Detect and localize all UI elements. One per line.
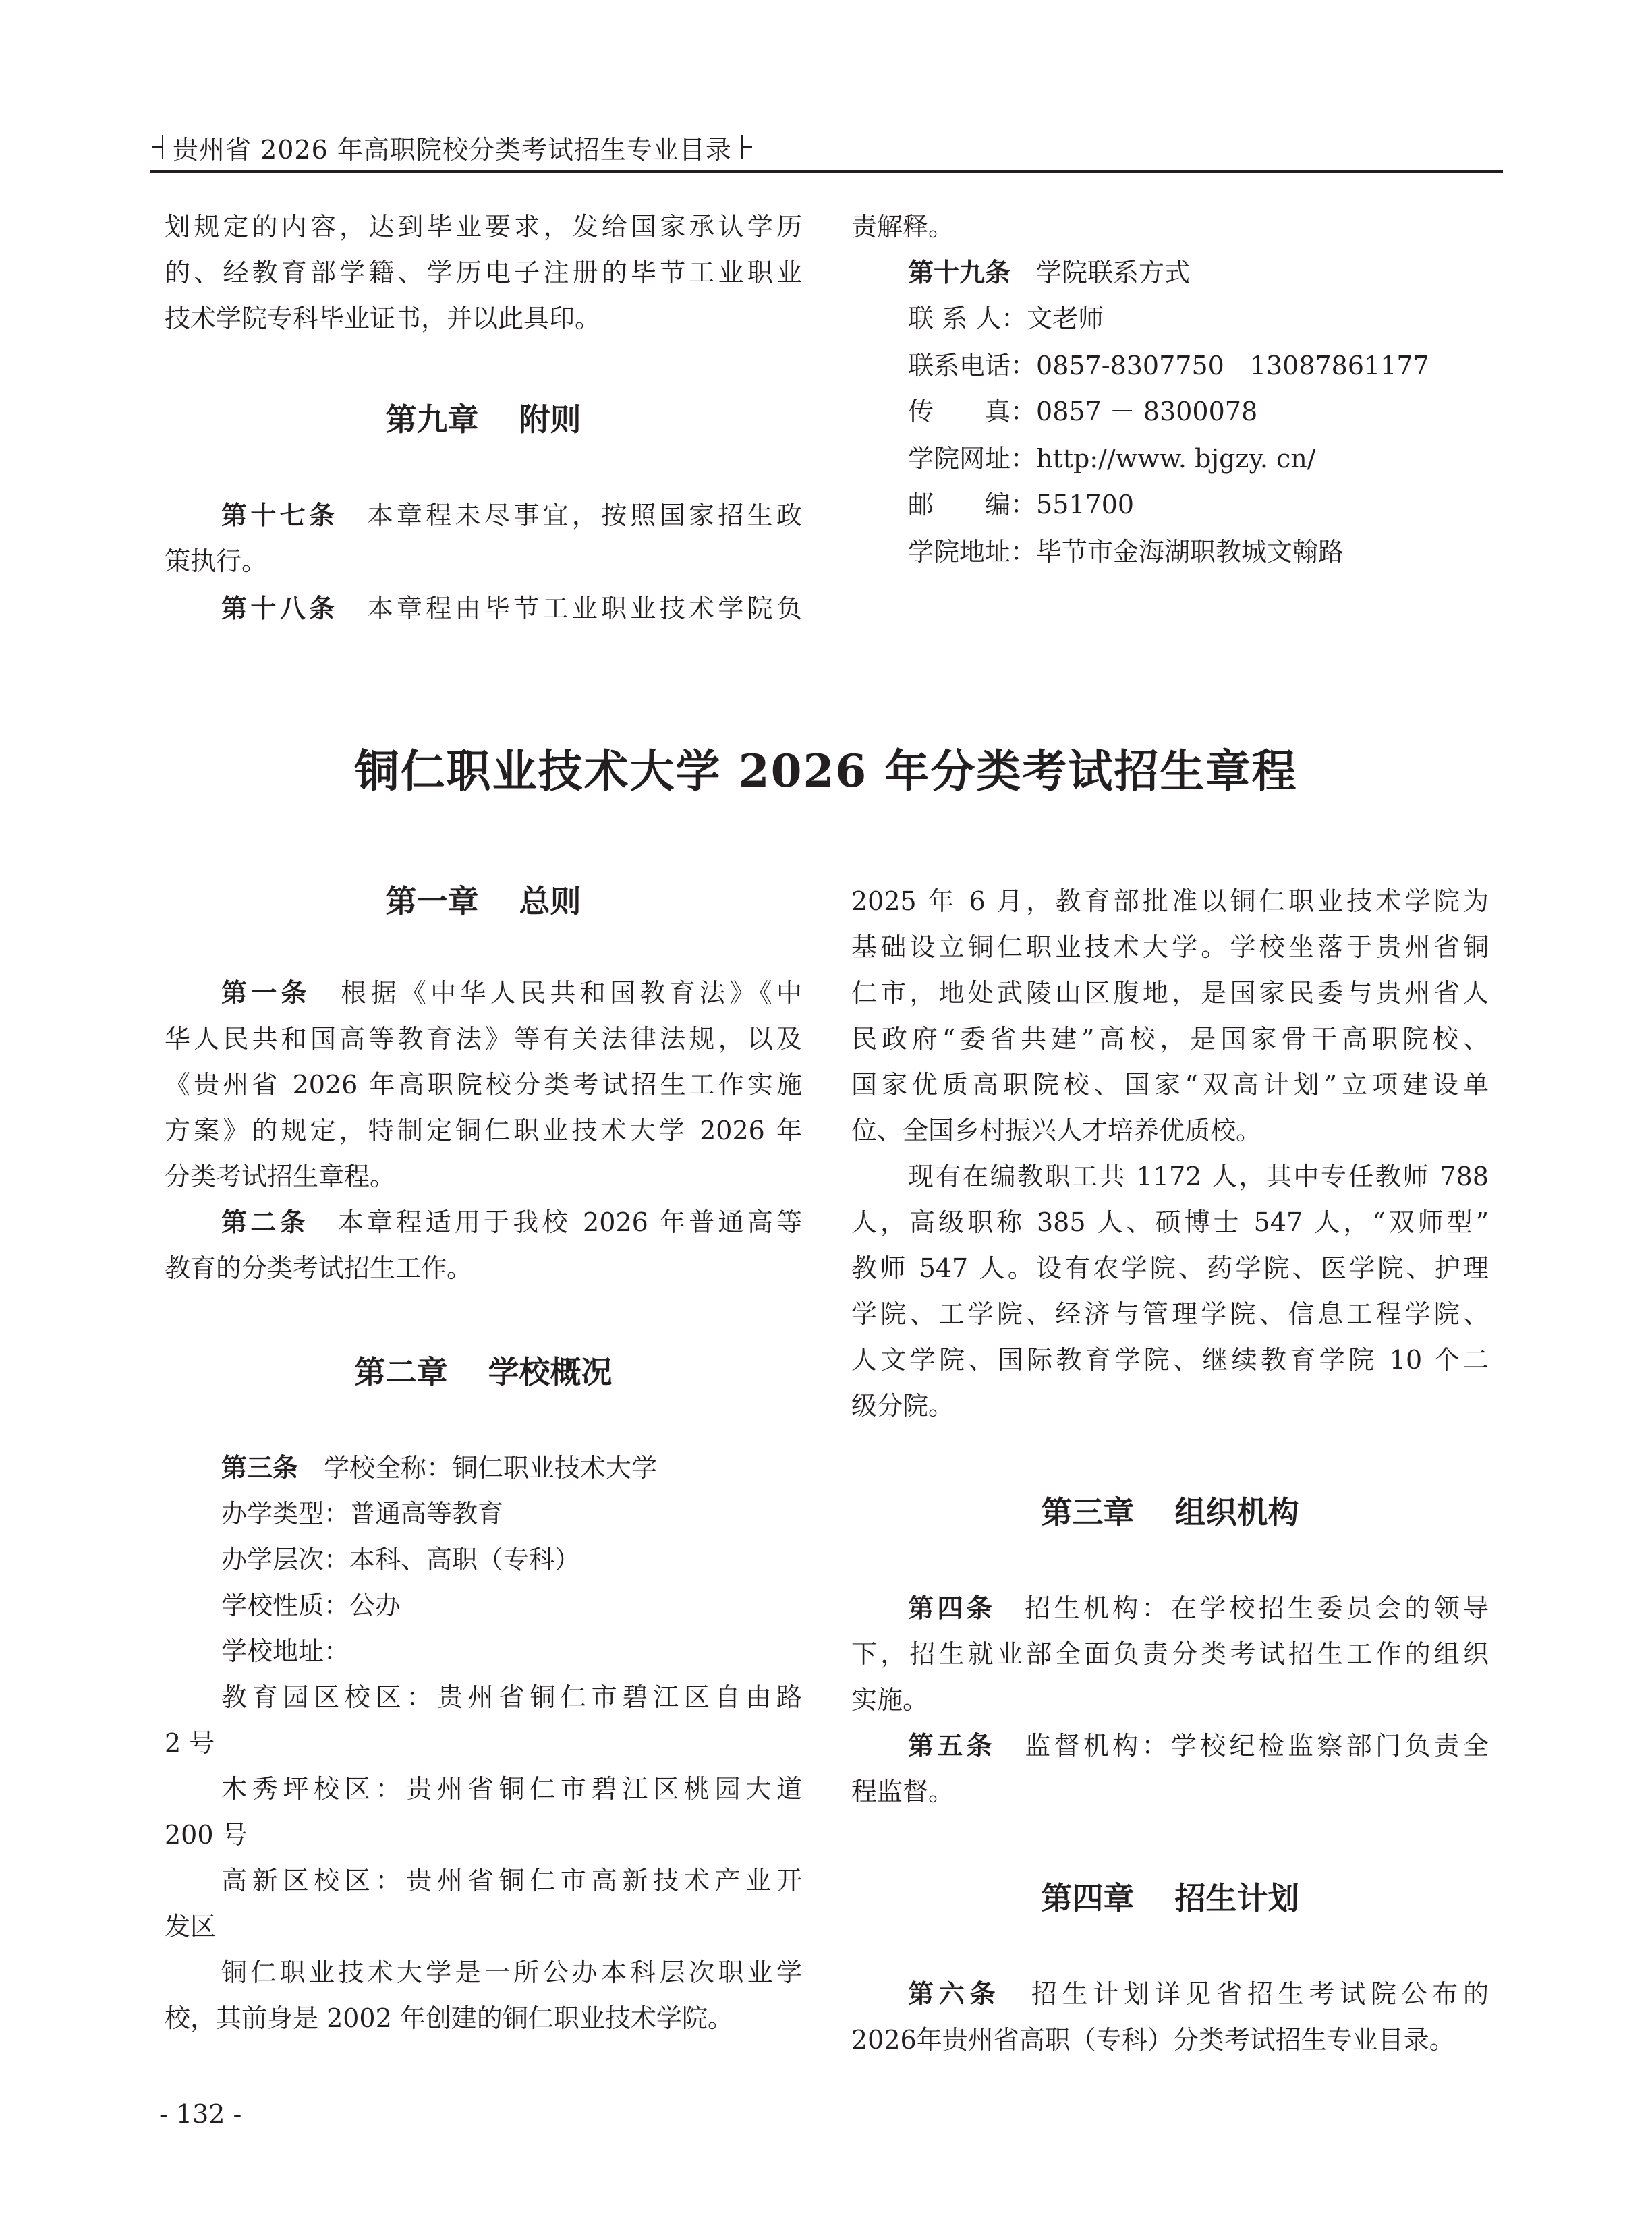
article-18: 第十八条 本章程由毕节工业职业技术学院负: [165, 584, 802, 633]
campus-muxiuping: 木秀坪校区：贵州省铜仁市碧江区桃园大道: [165, 1765, 802, 1813]
school-nature: 学校性质：公办: [165, 1581, 401, 1630]
contact-value: http://www. bjgzy. cn/: [1036, 444, 1316, 474]
contact-phone: 联系电话：0857-8307750 13087861177: [908, 341, 1429, 390]
text-line: 华人民共和国高等教育法》等有关法律法规，以及: [165, 1015, 802, 1063]
text-line: 技术学院专科毕业证书，并以此具印。: [165, 294, 600, 343]
header-rule: [150, 170, 1503, 173]
chapter-heading-4: 第四章招生计划: [851, 1874, 1489, 1922]
chapter-name: 附则: [519, 401, 581, 438]
text-line: 2 号: [165, 1719, 215, 1767]
chapter-number: 第九章: [386, 401, 479, 438]
article-label: 第五条: [908, 1731, 996, 1761]
contact-key: 学院网址：: [908, 434, 1036, 483]
article-6: 第六条 招生计划详见省招生考试院公布的: [851, 1970, 1489, 2018]
text-line: 实施。: [851, 1676, 928, 1724]
article-label: 第十八条: [221, 594, 338, 623]
text-line: 发区: [165, 1902, 216, 1951]
intro-line: 铜仁职业技术大学是一所公办本科层次职业学: [165, 1948, 802, 1997]
contact-value: 文老师: [1027, 304, 1104, 333]
text-line: 《贵州省 2026 年高职院校分类考试招生工作实施: [165, 1060, 802, 1109]
text-line: 基础设立铜仁职业技术大学。学校坐落于贵州省铜: [851, 923, 1489, 971]
text-line: 国家优质高职院校、国家“双高计划”立项建设单: [851, 1060, 1489, 1109]
chapter-heading-2: 第二章学校概况: [165, 1348, 802, 1396]
article-label: 第三条: [221, 1453, 298, 1483]
article-label: 第四条: [908, 1593, 996, 1623]
text-line: 下，招生就业部全面负责分类考试招生工作的组织: [851, 1630, 1489, 1678]
text-line: 现有在编教职工共 1172 人，其中专任教师 788: [851, 1152, 1489, 1201]
article-text: 学院联系方式: [1036, 258, 1190, 287]
school-address-label: 学校地址：: [165, 1627, 349, 1676]
chapter-number: 第四章: [1042, 1880, 1135, 1916]
text-line: 级分院。: [851, 1381, 954, 1430]
article-label: 第二条: [221, 1207, 309, 1237]
chapter-name: 招生计划: [1175, 1880, 1299, 1916]
chapter-name: 总则: [519, 883, 581, 919]
chapter-number: 第一章: [386, 883, 479, 919]
article-text: 招生机构：在学校招生委员会的领导: [1025, 1593, 1489, 1623]
intro-line: 校，其前身是 2002 年创建的铜仁职业技术学院。: [165, 1994, 733, 2043]
text-line: 教师 547 人。设有农学院、药学院、医学院、护理: [851, 1244, 1489, 1292]
article-1: 第一条 根据《中华人民共和国教育法》《中: [165, 969, 802, 1017]
article-label: 第六条: [908, 1979, 1000, 2009]
document-title: 铜仁职业技术大学 2026 年分类考试招生章程: [0, 735, 1652, 799]
text-line: 人文学院、国际教育学院、继续教育学院 10 个二: [851, 1336, 1489, 1384]
contact-key: 学院地址：: [908, 527, 1036, 576]
article-text: 监督机构：学校纪检监察部门负责全: [1025, 1731, 1489, 1761]
text-line: 划规定的内容，达到毕业要求，发给国家承认学历: [165, 202, 802, 251]
contact-fax: 传 真：0857 － 8300078: [908, 387, 1257, 436]
text-line: 位、全国乡村振兴人才培养优质校。: [851, 1106, 1261, 1155]
article-17: 第十七条 本章程未尽事宜，按照国家招生政: [165, 491, 802, 540]
article-text: 本章程适用于我校 2026 年普通高等: [338, 1207, 802, 1237]
text-line: 方案》的规定，特制定铜仁职业技术大学 2026 年: [165, 1106, 802, 1155]
article-5: 第五条 监督机构：学校纪检监察部门负责全: [851, 1721, 1489, 1770]
running-header: 贵州省 2026 年高职院校分类考试招生专业目录: [152, 127, 752, 167]
text-line: 教育的分类考试招生工作。: [165, 1244, 472, 1292]
text-line: 2025 年 6 月，教育部批准以铜仁职业技术学院为: [851, 877, 1489, 925]
header-left-ornament-icon: [152, 135, 173, 159]
school-level: 办学层次：本科、高职（专科）: [165, 1535, 580, 1584]
text-line: 责解释。: [851, 202, 954, 251]
article-3: 第三条 学校全称：铜仁职业技术大学: [165, 1444, 657, 1492]
text-line: 学院、工学院、经济与管理学院、信息工程学院、: [851, 1290, 1489, 1338]
campus-hightech-zone: 高新区校区：贵州省铜仁市高新技术产业开: [165, 1856, 802, 1905]
article-label: 第十九条: [908, 258, 1010, 287]
text-line: 仁市，地处武陵山区腹地，是国家民委与贵州省人: [851, 969, 1489, 1017]
running-title: 贵州省 2026 年高职院校分类考试招生专业目录: [173, 129, 732, 166]
article-text: 本章程由毕节工业职业技术学院负: [368, 594, 802, 623]
article-text: 招生计划详见省招生考试院公布的: [1031, 1979, 1489, 2009]
article-19: 第十九条 学院联系方式: [908, 248, 1190, 297]
text-line: 程监督。: [851, 1767, 954, 1816]
contact-value: 551700: [1036, 490, 1134, 519]
chapter-heading-9: 第九章附则: [165, 395, 802, 444]
campus-education-park: 教育园区校区：贵州省铜仁市碧江区自由路: [165, 1673, 802, 1721]
article-label: 第十七条: [221, 501, 338, 530]
text-line: 2026年贵州省高职（专科）分类考试招生专业目录。: [851, 2016, 1455, 2064]
text-line: 人，高级职称 385 人、硕博士 547 人，“双师型”: [851, 1198, 1489, 1247]
contact-key: 传 真：: [908, 387, 1036, 436]
article-text: 根据《中华人民共和国教育法》《中: [341, 978, 802, 1008]
contact-website: 学院网址：http://www. bjgzy. cn/: [908, 434, 1316, 483]
chapter-name: 组织机构: [1175, 1494, 1299, 1531]
contact-key: 邮 编：: [908, 480, 1036, 529]
article-text: 学校全称：铜仁职业技术大学: [324, 1453, 657, 1483]
contact-value: 毕节市金海湖职教城文翰路: [1036, 537, 1344, 567]
text-line: 的、经教育部学籍、学历电子注册的毕节工业职业: [165, 248, 802, 297]
chapter-heading-3: 第三章组织机构: [851, 1488, 1489, 1537]
contact-value: 0857 － 8300078: [1036, 397, 1257, 426]
header-right-ornament-icon: [732, 135, 752, 159]
article-label: 第一条: [221, 978, 311, 1008]
chapter-number: 第二章: [355, 1354, 448, 1390]
article-text: 本章程未尽事宜，按照国家招生政: [368, 501, 802, 530]
contact-person: 联 系 人：文老师: [908, 294, 1104, 343]
page-number: - 132 -: [159, 2099, 241, 2129]
contact-key: 联系电话：: [908, 341, 1036, 390]
article-2: 第二条 本章程适用于我校 2026 年普通高等: [165, 1198, 802, 1247]
chapter-heading-1: 第一章总则: [165, 877, 802, 925]
text-line: 分类考试招生章程。: [165, 1152, 395, 1201]
contact-value: 0857-8307750 13087861177: [1036, 351, 1429, 380]
text-line: 民政府“委省共建”高校，是国家骨干高职院校、: [851, 1015, 1489, 1063]
chapter-name: 学校概况: [488, 1354, 613, 1390]
contact-address: 学院地址：毕节市金海湖职教城文翰路: [908, 527, 1344, 576]
contact-key: 联 系 人：: [908, 294, 1027, 343]
text-line: 200 号: [165, 1810, 248, 1859]
school-type: 办学类型：普通高等教育: [165, 1489, 503, 1538]
text-line: 策执行。: [165, 537, 267, 586]
chapter-number: 第三章: [1042, 1494, 1135, 1531]
contact-postcode: 邮 编：551700: [908, 480, 1134, 529]
article-4: 第四条 招生机构：在学校招生委员会的领导: [851, 1584, 1489, 1632]
